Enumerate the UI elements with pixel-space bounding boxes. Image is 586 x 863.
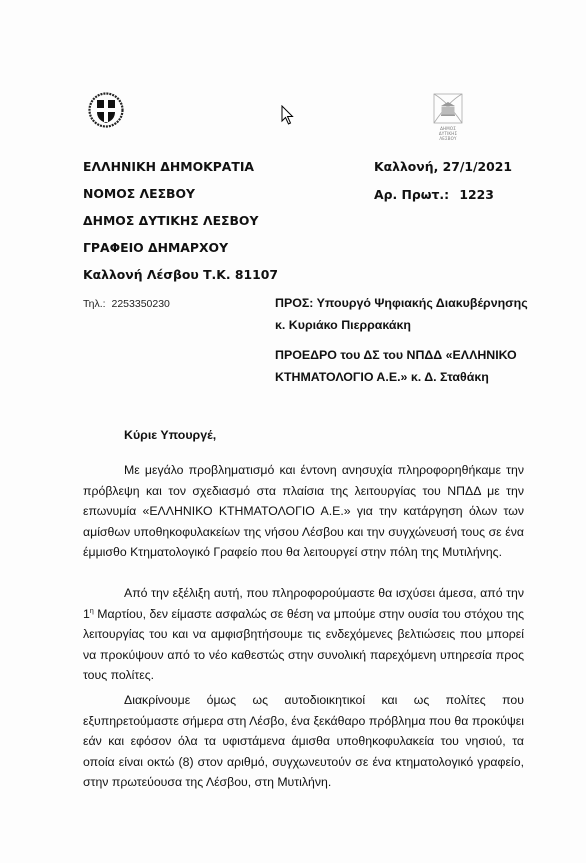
recipient-line-1: ΠΡΟΣ: Υπουργό Ψηφιακής Διακυβέρνησης [275,296,528,310]
phone-label: Τηλ.: [83,298,106,310]
protocol-label: Αρ. Πρωτ.: [374,187,449,202]
phone-number: 2253350230 [112,298,170,310]
phone-line: Τηλ.: 2253350230 [83,298,170,310]
recipient-line-4: ΚΤΗΜΑΤΟΛΟΓΙΟ Α.Ε.» κ. Δ. Σταθάκη [275,370,489,384]
place-date: Καλλονή, 27/1/2021 [374,159,512,174]
recipient-line-2: κ. Κυριάκο Πιερρακάκη [275,318,411,332]
municipality-temple-logo-icon [433,92,463,124]
protocol-number: Αρ. Πρωτ.: 1223 [374,187,494,202]
paragraph-1-text: Με μεγάλο προβληματισμό και έντονη ανησυ… [83,460,524,563]
municipality-logo: ΔΗΜΟΣ ΔΥΤΙΚΗΣ ΛΕΣΒΟΥ [428,92,468,152]
recipient-line-3: ΠΡΟΕΔΡΟ του ΔΣ του ΝΠΔΔ «ΕΛΛΗΝΙΚΟ [275,348,517,362]
sender-line-office: ΓΡΑΦΕΙΟ ΔΗΜΑΡΧΟΥ [83,240,228,255]
paragraph-2: Από την εξέλιξη αυτή, που πληροφορούμαστ… [83,583,524,686]
sender-line-prefecture: ΝΟΜΟΣ ΛΕΣΒΟΥ [83,186,195,201]
salutation: Κύριε Υπουργέ, [124,428,216,442]
protocol-value: 1223 [459,187,494,202]
greek-coat-of-arms-icon [88,92,124,128]
sender-address: Καλλονή Λέσβου Τ.Κ. 81107 [83,267,278,282]
paragraph-2-text: Από την εξέλιξη αυτή, που πληροφορούμαστ… [83,583,524,686]
paragraph-3-text: Διακρίνουμε όμως ως αυτοδιοικητικοί και … [83,690,524,793]
paragraph-3: Διακρίνουμε όμως ως αυτοδιοικητικοί και … [83,690,524,793]
logo-text-line-3: ΛΕΣΒΟΥ [428,136,468,141]
mouse-pointer-icon [281,105,295,127]
paragraph-2-end: Μαρτίου, δεν είμαστε ασφαλώς σε θέση να … [83,607,524,683]
sender-line-municipality: ΔΗΜΟΣ ΔΥΤΙΚΗΣ ΛΕΣΒΟΥ [83,213,258,228]
letter-page: ΔΗΜΟΣ ΔΥΤΙΚΗΣ ΛΕΣΒΟΥ ΕΛΛΗΝΙΚΗ ΔΗΜΟΚΡΑΤΙΑ… [0,0,586,863]
sender-line-republic: ΕΛΛΗΝΙΚΗ ΔΗΜΟΚΡΑΤΙΑ [83,159,254,174]
paragraph-1: Με μεγάλο προβληματισμό και έντονη ανησυ… [83,460,524,563]
